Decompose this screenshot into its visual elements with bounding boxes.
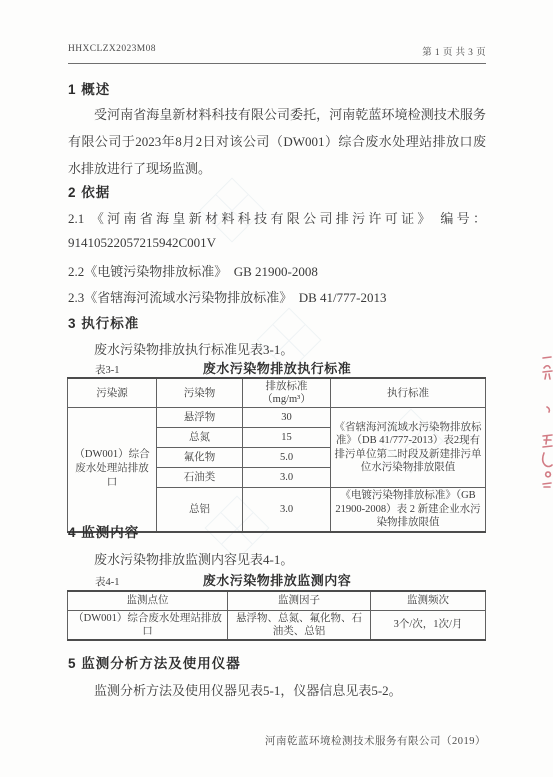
col-header-point: 监测点位 — [68, 591, 228, 610]
cell-limit: 3.0 — [243, 468, 331, 488]
document-page: HHXCLZX2023M08 第 1 页 共 3 页 1 概述 受河南省海皇新材… — [0, 0, 553, 777]
section-heading-monitoring: 4 监测内容 — [68, 521, 139, 541]
basis-item-permit: 2.1 《河南省海皇新材料科技有限公司排污许可证》 编号： — [68, 208, 486, 227]
cell-monitoring-frequency: 3个/次，1次/月 — [371, 610, 486, 640]
document-code: HHXCLZX2023M08 — [68, 44, 156, 58]
col-header-limit: 排放标准（mg/m³） — [243, 378, 331, 408]
standards-intro: 废水污染物排放执行标准见表3-1。 — [68, 339, 293, 358]
section-heading-methods: 5 监测分析方法及使用仪器 — [68, 652, 241, 672]
col-header-pollutant: 污染物 — [157, 378, 243, 408]
cell-pollution-source: （DW001）综合废水处理站排放口 — [68, 408, 157, 532]
section-heading-basis: 2 依据 — [68, 181, 110, 201]
cell-limit: 30 — [243, 408, 331, 428]
table-row: （DW001）综合废水处理站排放口 悬浮物、总氮、氟化物、石油类、总铝 3个/次… — [68, 610, 486, 640]
page-number: 第 1 页 共 3 页 — [422, 44, 486, 58]
basis-item-gb21900: 2.2《电镀污染物排放标准》 GB 21900-2008 — [68, 261, 318, 280]
permit-number: 91410522057215942C001V — [68, 235, 216, 251]
section-heading-overview: 1 概述 — [68, 78, 110, 98]
col-header-standard: 执行标准 — [331, 378, 486, 408]
cell-pollutant: 石油类 — [157, 468, 243, 488]
monitoring-intro: 废水污染物排放监测内容见表4-1。 — [68, 549, 293, 568]
cell-pollutant: 总铝 — [157, 488, 243, 532]
cell-standard-b: 《电镀污染物排放标准》（GB 21900-2008）表 2 新建企业水污染物排放… — [331, 488, 486, 532]
basis-item-db41777: 2.3《省辖海河流域水污染物排放标准》 DB 41/777-2013 — [68, 287, 387, 306]
methods-intro: 监测分析方法及使用仪器见表5-1，仪器信息见表5-2。 — [68, 680, 402, 699]
red-annotation-marks — [529, 352, 553, 502]
cell-monitoring-point: （DW001）综合废水处理站排放口 — [68, 610, 228, 640]
col-header-source: 污染源 — [68, 378, 157, 408]
cell-limit: 3.0 — [243, 488, 331, 532]
table-row: （DW001）综合废水处理站排放口 悬浮物 30 《省辖海河流域水污染物排放标准… — [68, 408, 486, 428]
cell-standard-a: 《省辖海河流域水污染物排放标准》（DB 41/777-2013）表2现有排污单位… — [331, 408, 486, 488]
table-monitoring-content: 监测点位 监测因子 监测频次 （DW001）综合废水处理站排放口 悬浮物、总氮、… — [67, 590, 486, 641]
table-row: 污染源 污染物 排放标准（mg/m³） 执行标准 — [68, 378, 486, 408]
page-header: HHXCLZX2023M08 第 1 页 共 3 页 — [68, 44, 486, 64]
cell-pollutant: 悬浮物 — [157, 408, 243, 428]
page-footer: 河南乾蓝环境检测技术服务有限公司（2019） — [68, 733, 486, 748]
cell-limit: 15 — [243, 428, 331, 448]
table4-title: 废水污染物排放监测内容 — [68, 570, 486, 589]
table-discharge-standards: 污染源 污染物 排放标准（mg/m³） 执行标准 （DW001）综合废水处理站排… — [67, 377, 486, 533]
col-header-factor: 监测因子 — [228, 591, 371, 610]
cell-limit: 5.0 — [243, 448, 331, 468]
table3-title: 废水污染物排放执行标准 — [68, 358, 486, 377]
col-header-frequency: 监测频次 — [371, 591, 486, 610]
cell-pollutant: 总氮 — [157, 428, 243, 448]
table-row: 监测点位 监测因子 监测频次 — [68, 591, 486, 610]
section-heading-standards: 3 执行标准 — [68, 312, 139, 332]
cell-pollutant: 氟化物 — [157, 448, 243, 468]
cell-monitoring-factors: 悬浮物、总氮、氟化物、石油类、总铝 — [228, 610, 371, 640]
overview-paragraph: 受河南省海皇新材料科技有限公司委托，河南乾蓝环境检测技术服务有限公司于2023年… — [68, 101, 486, 182]
footer-company: 河南乾蓝环境检测技术服务有限公司（2019） — [265, 736, 486, 747]
